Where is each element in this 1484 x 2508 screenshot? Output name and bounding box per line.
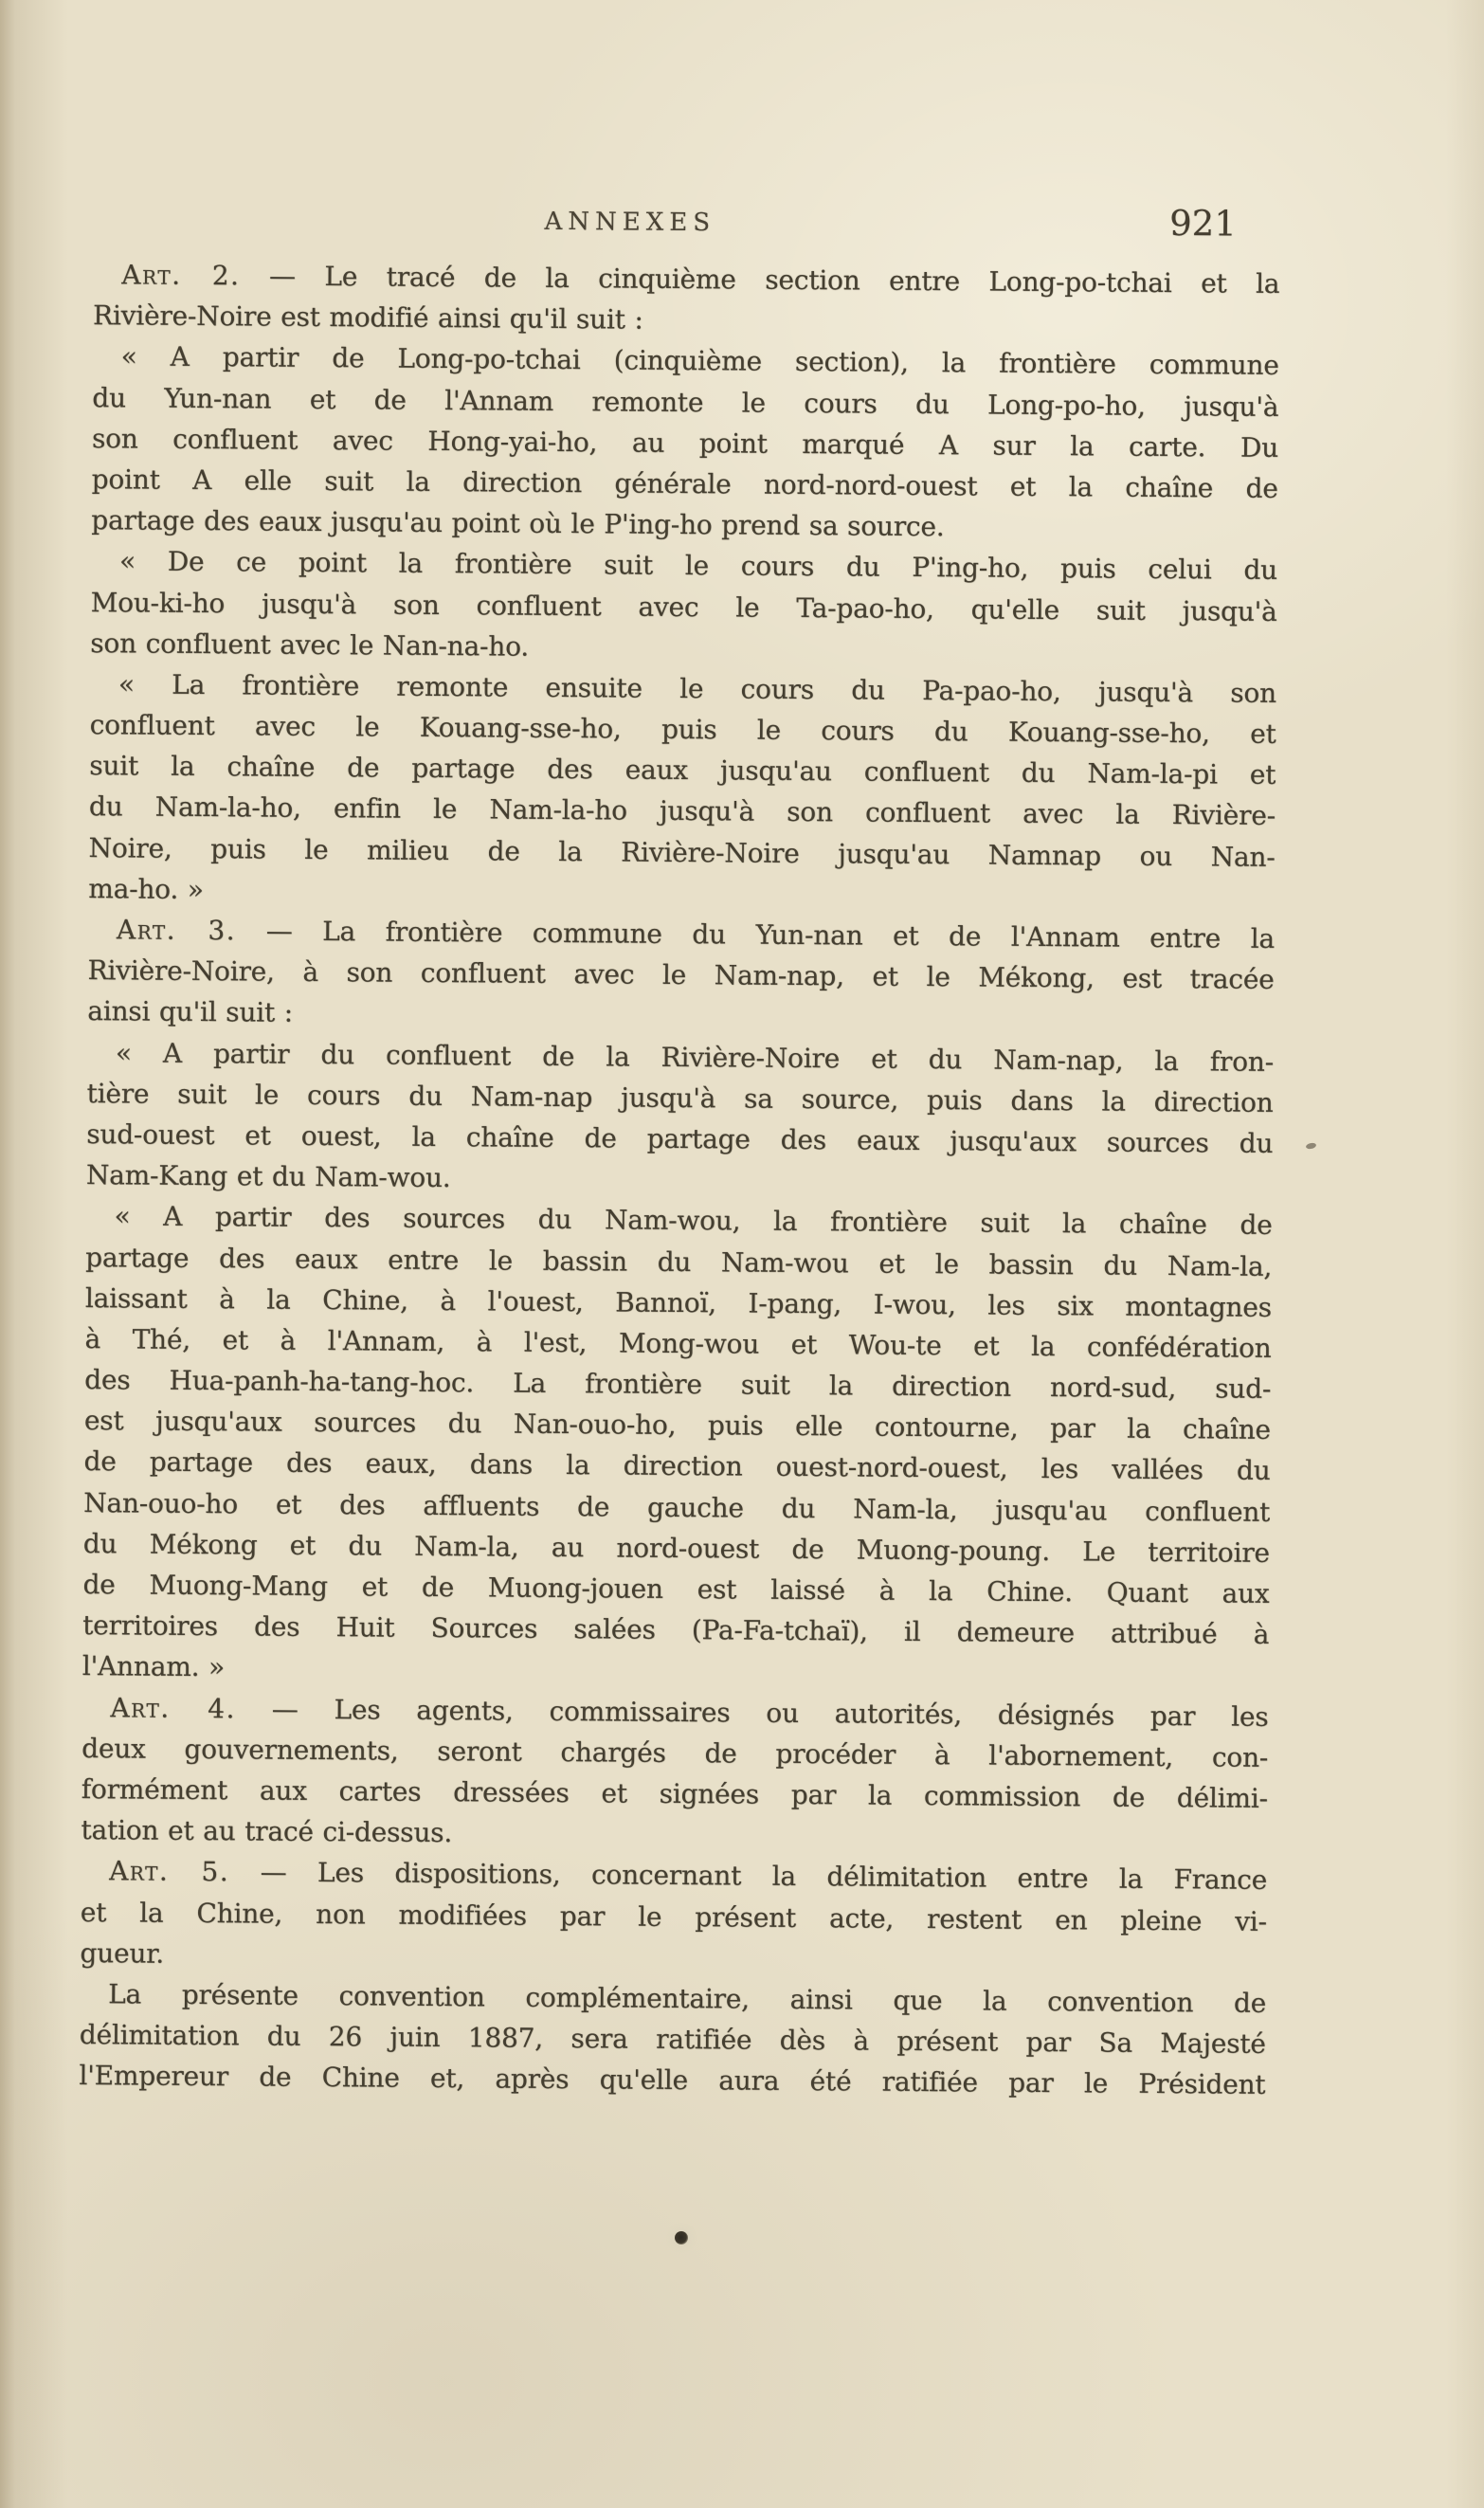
paragraph: « A partir du confluent de la Rivière-No… [86,1032,1274,1206]
ink-spot [675,2231,688,2244]
paragraph: La présente convention complémentaire, a… [79,1973,1266,2105]
text-block: Art. 2. — Le tracé de la cinquième secti… [79,254,1279,2105]
paragraph: « A partir des sources du Nam-wou, la fr… [82,1195,1273,1696]
paragraph: « La frontière remonte ensuite le cours … [88,663,1276,918]
page-column: ANNEXES 921 Art. 2. — Le tracé de la cin… [79,198,1280,2105]
paragraph: Art. 3. — La frontière commune du Yun-na… [87,909,1275,1041]
paragraph: Art. 5. — Les dispositions, concernant l… [80,1850,1267,1982]
page-number: 921 [1169,203,1237,245]
paragraph: « A partir de Long-po-tchai (cinquième s… [91,336,1279,550]
paragraph: « De ce point la frontière suit le cours… [90,540,1277,672]
article-label: Art. 3. [117,914,236,946]
paragraph: Art. 2. — Le tracé de la cinquième secti… [93,254,1280,345]
article-label: Art. 5. [109,1856,229,1888]
running-title: ANNEXES [544,208,715,237]
article-label: Art. 4. [110,1692,236,1724]
page-header: ANNEXES 921 [94,198,1280,255]
article-label: Art. 2. [121,259,240,291]
paragraph: Art. 4. — Les agents, commissaires ou au… [81,1687,1268,1861]
